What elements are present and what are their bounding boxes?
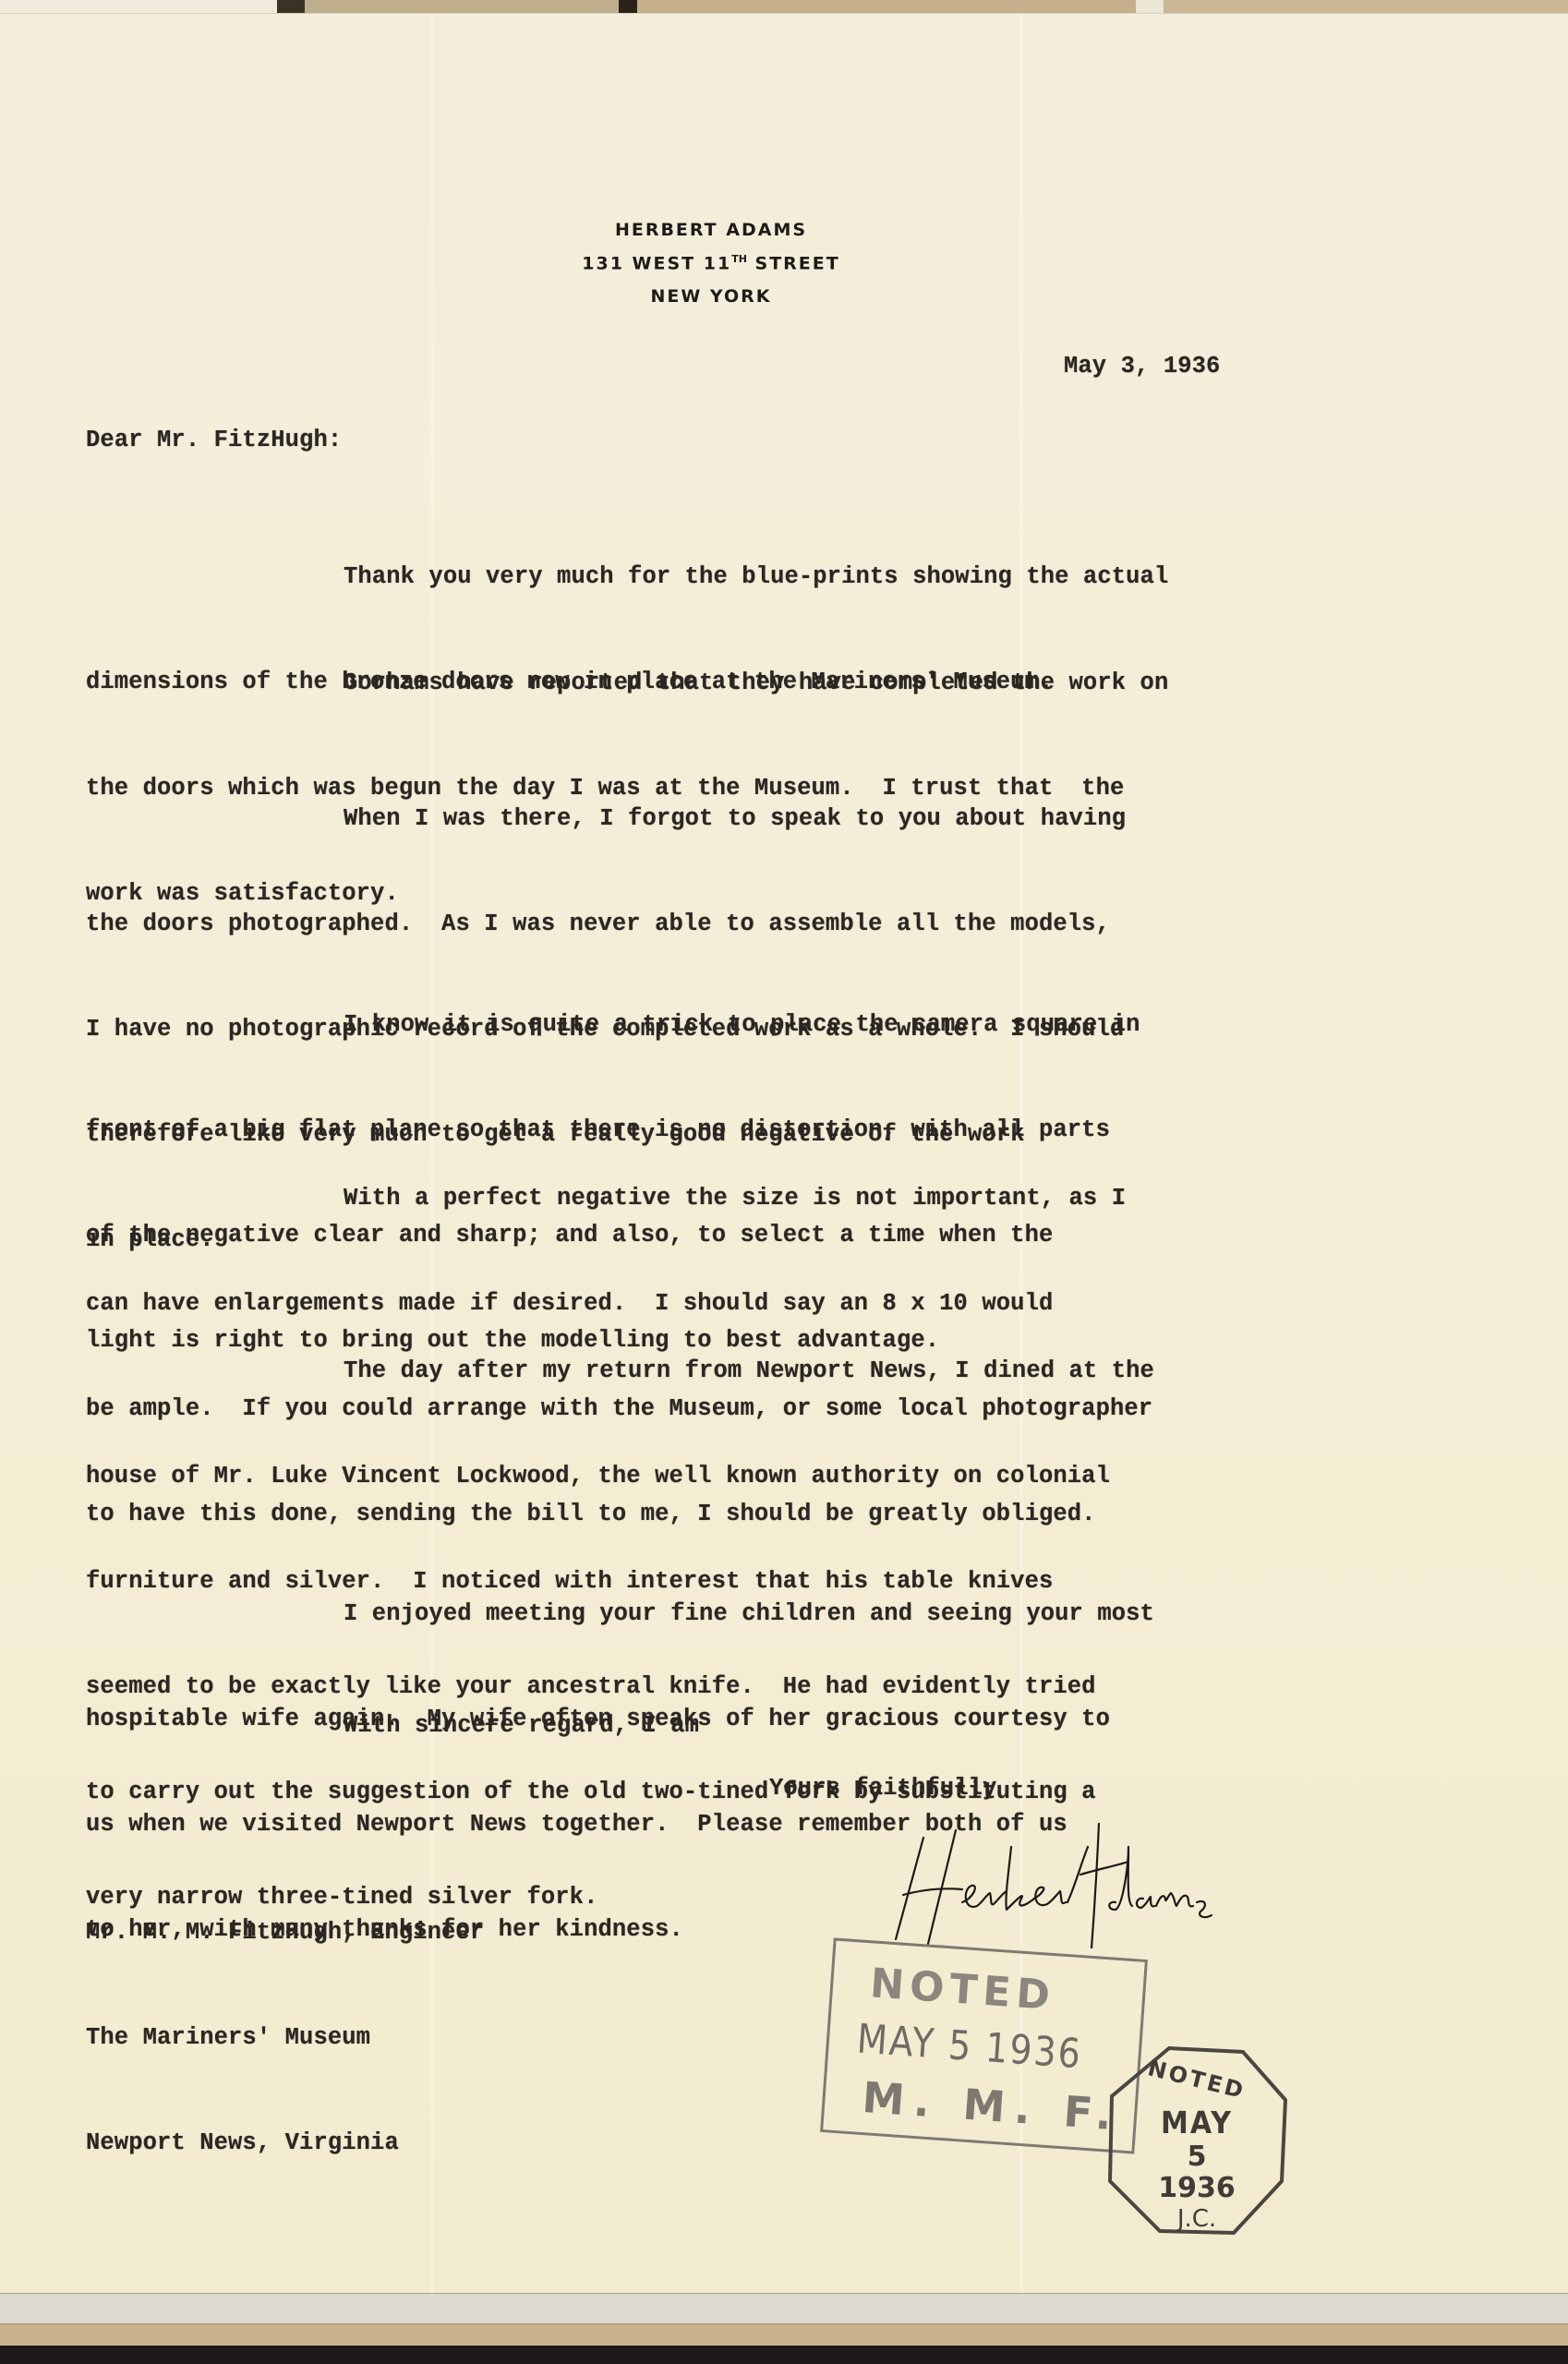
paragraph-line: When I was there, I forgot to speak to y…	[86, 802, 1126, 837]
stamp-month: MAY	[1104, 2105, 1289, 2141]
letterhead-address: 131 WEST 11TH STREET	[434, 253, 988, 273]
noted-stamp-octagonal: NOTED MAY 5 1936 J.C.	[1104, 2043, 1289, 2238]
stamp-year: 1936	[1104, 2172, 1289, 2204]
handwritten-signature	[887, 1810, 1367, 1948]
letterhead-city: NEW YORK	[434, 286, 988, 307]
recipient-address-block: Mr. M. M. FitzHugh, Engineer The Mariner…	[86, 1845, 484, 2196]
valediction: Yours faithfully	[769, 1771, 996, 1806]
noted-stamp-rectangular: NOTED MAY 5 1936 M. M. F.	[820, 1937, 1148, 2153]
stamp-date: MAY 5 1936	[855, 2015, 1083, 2078]
closing-line: With sincere regard, I am	[344, 1708, 699, 1743]
paragraph-line: I know it is quite a trick to place the …	[86, 1007, 1140, 1043]
letterhead-name: HERBERT ADAMS	[434, 220, 988, 240]
signature-icon	[887, 1810, 1367, 1948]
letterhead-address-suffix: TH	[731, 253, 747, 265]
salutation: Dear Mr. FitzHugh:	[86, 423, 342, 458]
stamp-day: 5	[1104, 2141, 1289, 2173]
stamp-label: NOTED	[869, 1960, 1057, 2020]
paragraph-line: house of Mr. Luke Vincent Lockwood, the …	[86, 1459, 1154, 1494]
recipient-organization: The Mariners' Museum	[86, 2020, 484, 2056]
stamp-initials: J.C.	[1104, 2205, 1289, 2233]
recipient-name: Mr. M. M. FitzHugh, Engineer	[86, 1915, 484, 1950]
paragraph-line: Thank you very much for the blue-prints …	[86, 560, 1168, 595]
stamp-initials: M. M. F.	[861, 2072, 1123, 2140]
letterhead-address-number: 131 WEST 11	[582, 253, 731, 273]
paragraph-line: I enjoyed meeting your fine children and…	[86, 1597, 1154, 1632]
paragraph-line: The day after my return from Newport New…	[86, 1354, 1154, 1389]
letter-date: May 3, 1936	[1064, 349, 1220, 384]
recipient-location: Newport News, Virginia	[86, 2126, 484, 2161]
paper-folded-edge	[0, 2293, 1568, 2324]
paragraph-line: With a perfect negative the size is not …	[86, 1181, 1152, 1216]
letterhead-address-street: STREET	[747, 253, 840, 273]
paragraph-line: Gorhams have reported that they have com…	[86, 666, 1168, 701]
